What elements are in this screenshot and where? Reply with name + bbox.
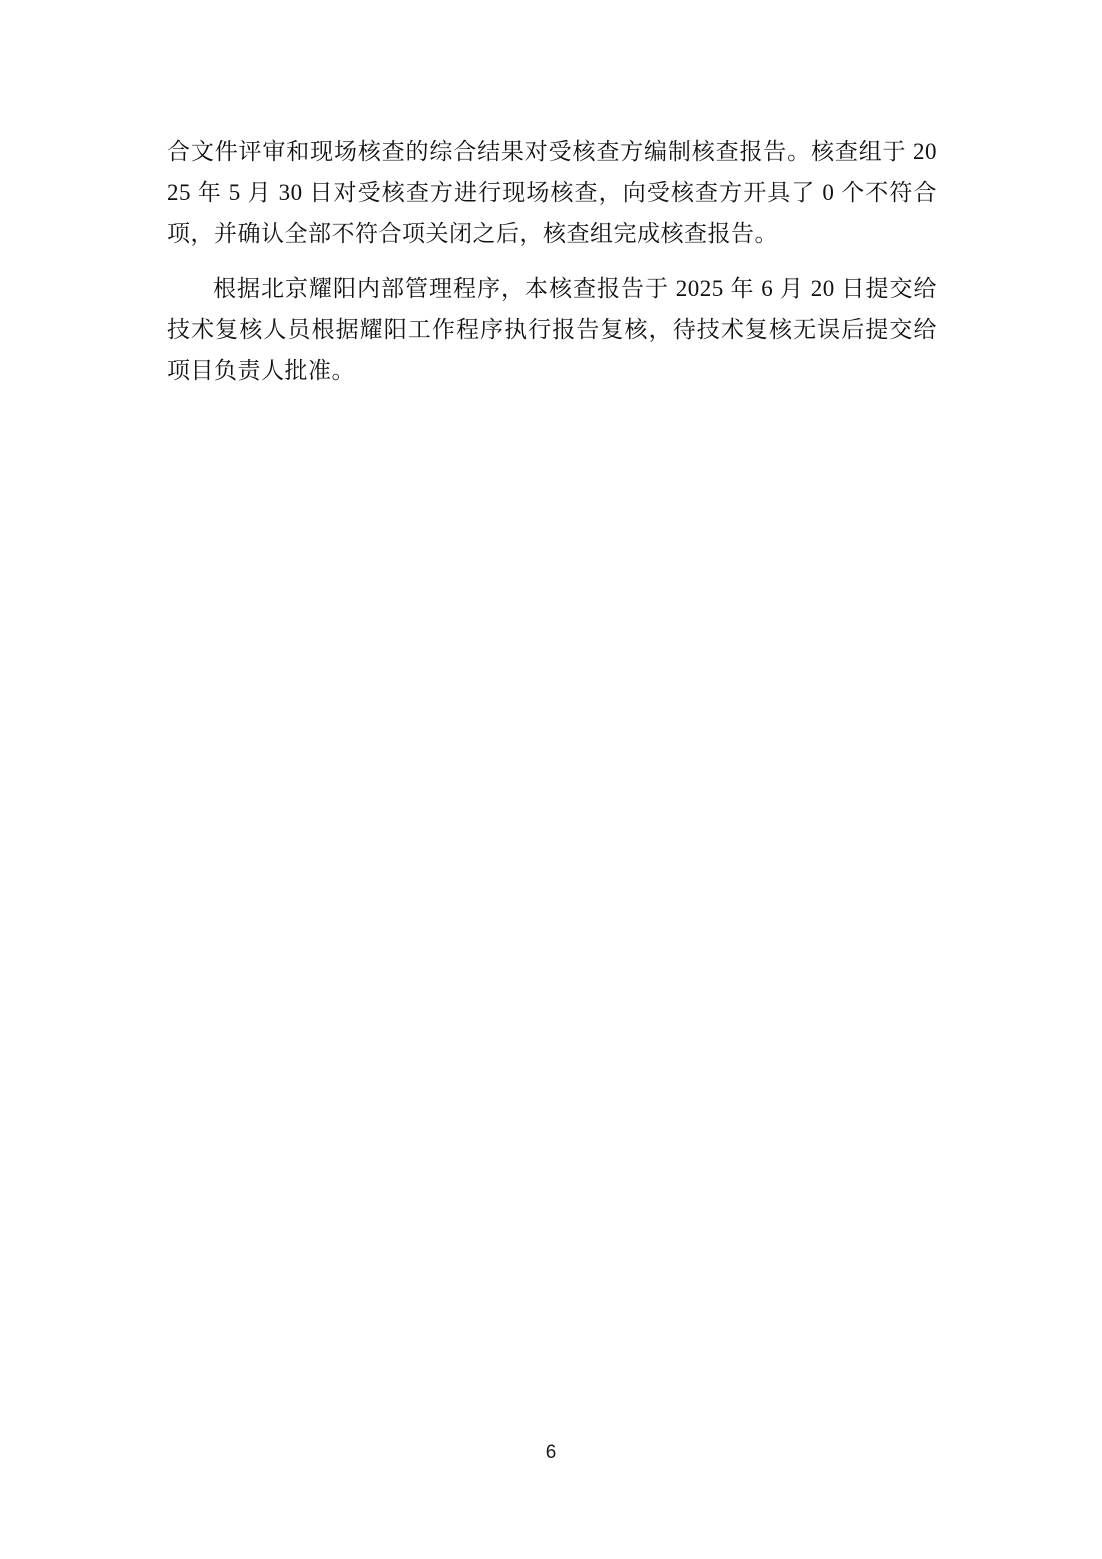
page-number: 6 (546, 1442, 557, 1463)
paragraph-verification-report-completion: 合文件评审和现场核查的综合结果对受核查方编制核查报告。核查组于 2025 年 5… (167, 131, 937, 254)
paragraph-internal-review-procedure: 根据北京耀阳内部管理程序，本核查报告于 2025 年 6 月 20 日提交给技术… (167, 268, 937, 391)
page-body-text: 合文件评审和现场核查的综合结果对受核查方编制核查报告。核查组于 2025 年 5… (167, 131, 937, 391)
document-page: 合文件评审和现场核查的综合结果对受核查方编制核查报告。核查组于 2025 年 5… (0, 0, 1102, 1559)
page-footer: 6 (0, 1442, 1102, 1464)
